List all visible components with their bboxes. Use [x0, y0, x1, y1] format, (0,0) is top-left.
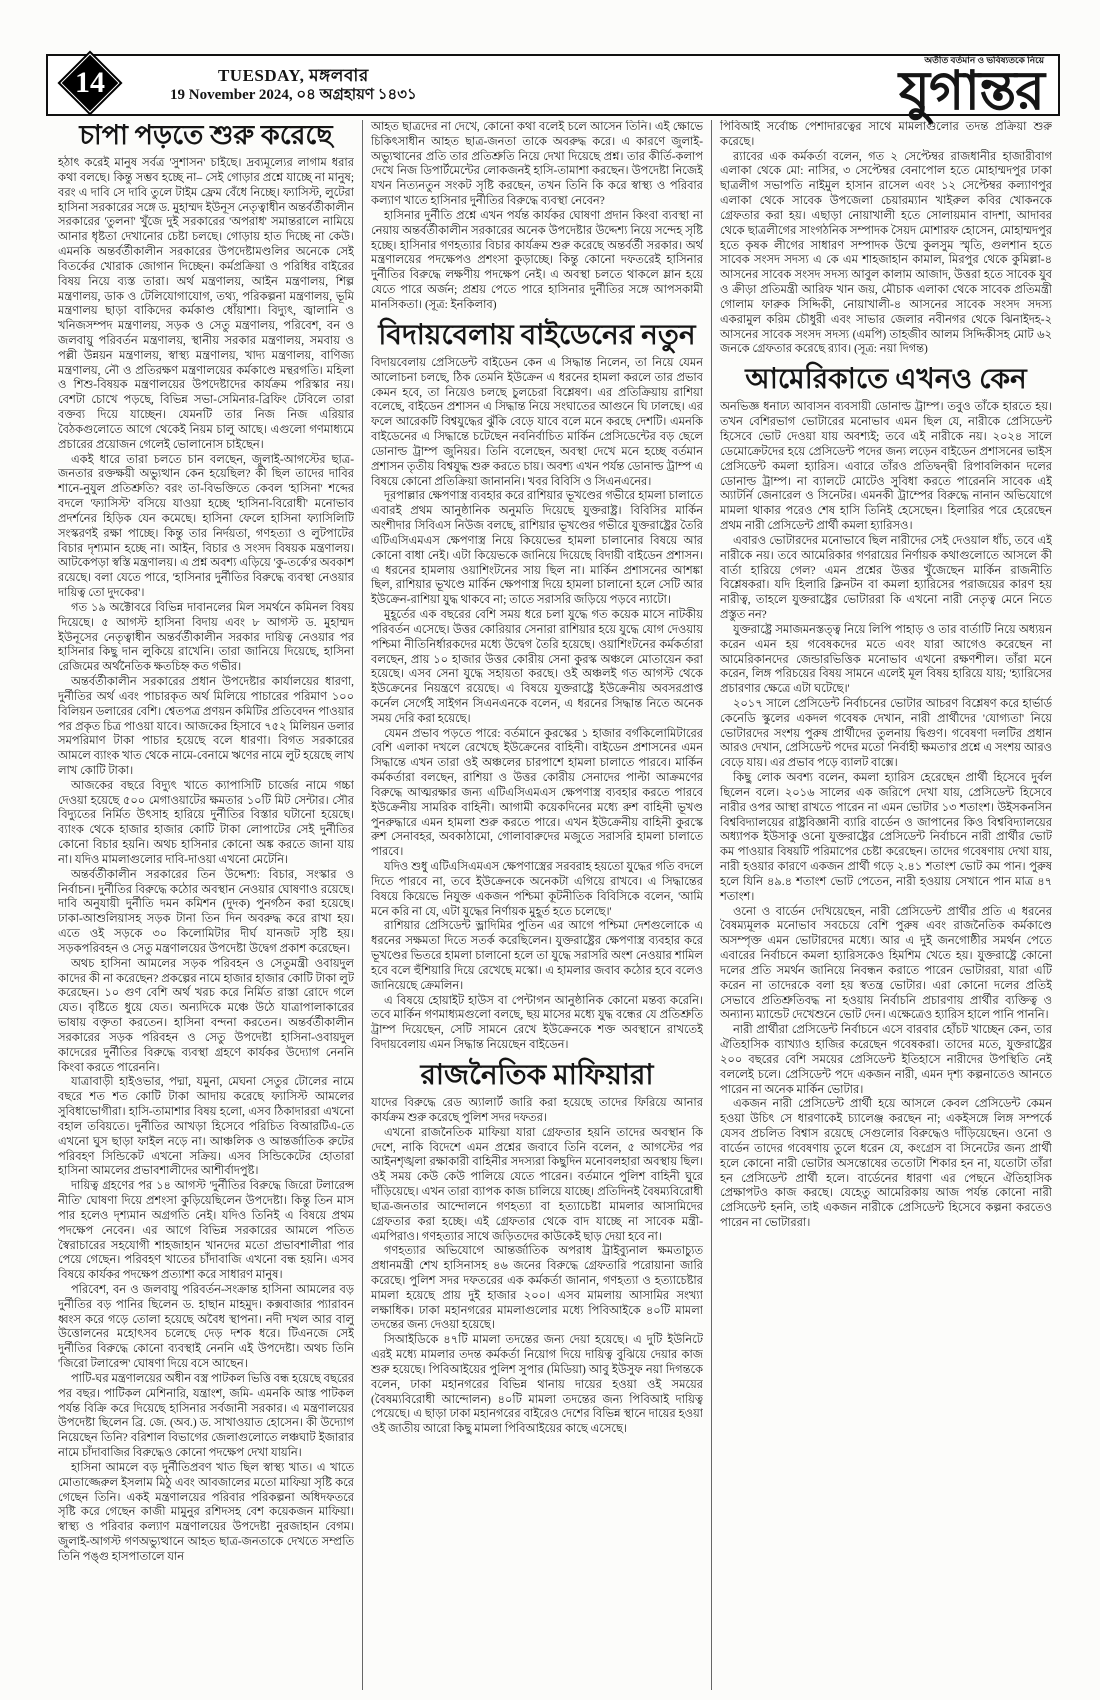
- headline-chapa-porte: চাপা পড়তে শুরু করেছে: [58, 120, 354, 151]
- article-body-1: হঠাৎ করেই মানুষ সর্বত্র 'সুশাসন' চাইছে। …: [58, 156, 354, 1565]
- body-paragraph: ওনো ও বার্ডেন দেখিয়েছেন, নারী প্রেসিডেন…: [720, 905, 1052, 1024]
- body-paragraph: হঠাৎ করেই মানুষ সর্বত্র 'সুশাসন' চাইছে। …: [58, 156, 354, 453]
- body-paragraph: যাদের বিরুদ্ধে রেড অ্যালার্ট জারি করা হয…: [371, 1096, 703, 1126]
- body-paragraph: একই ধারে তারা চলতে চান বলছেন, জুলাই-আগস্…: [58, 453, 354, 601]
- weekday-bn: মঙ্গলবার: [309, 66, 369, 85]
- body-paragraph: দায়িত্ব গ্রহণের পর ১৪ আগস্ট 'দুর্নীতির …: [58, 1179, 354, 1283]
- body-paragraph: কিছু লোক অবশ্য বলেন, কমলা হ্যারিস হেরেছে…: [720, 771, 1052, 904]
- article-1-continuation: আহত ছাত্রদের না দেখে, কোনো কথা বলেই চলে …: [371, 120, 703, 313]
- body-paragraph: যাত্রাবাড়ী হাইওভার, পদ্মা, যমুনা, মেঘনা…: [58, 1075, 354, 1179]
- body-paragraph: যুক্তরাষ্ট্রে সমাজমনস্তত্ত্ব নিয়ে লিপি …: [720, 623, 1052, 697]
- weekday-line: TUESDAY, মঙ্গলবার: [170, 65, 417, 86]
- date-line: 19 November 2024, ০৪ অগ্রহায়ণ ১৪৩১: [170, 86, 417, 105]
- masthead: অতীত বর্তমান ও ভবিষ্যতকে নিয়ে যুগান্তর: [899, 53, 1058, 118]
- body-paragraph: আহত ছাত্রদের না দেখে, কোনো কথা বলেই চলে …: [371, 120, 703, 209]
- column-2: আহত ছাত্রদের না দেখে, কোনো কথা বলেই চলে …: [362, 120, 703, 1690]
- body-paragraph: বিদায়বেলায় প্রেসিডেন্ট বাইডেন কেন এ সি…: [371, 356, 703, 489]
- column-1: চাপা পড়তে শুরু করেছে হঠাৎ করেই মানুষ সর…: [58, 120, 354, 1690]
- page-header: 14 TUESDAY, মঙ্গলবার 19 November 2024, ০…: [46, 54, 1060, 116]
- page-content: চাপা পড়তে শুরু করেছে হঠাৎ করেই মানুষ সর…: [58, 120, 1058, 1690]
- body-paragraph: সিআইডিকে ৪৭টি মামলা তদন্তের জন্য দেয়া হ…: [371, 1333, 703, 1437]
- body-paragraph: ২০১৭ সালে প্রেসিডেন্ট নির্বাচনের ভোটার আ…: [720, 697, 1052, 771]
- article-mafia-continuation: পিবিআই সর্বোচ্চ পেশাদারত্বের সাথে মামলাগ…: [720, 120, 1052, 357]
- body-paragraph: একজন নারী প্রেসিডেন্ট প্রার্থী হয়ে আসলে…: [720, 1097, 1052, 1230]
- body-paragraph: অন্তর্বর্তীকালীন সরকারের প্রধান উপদেষ্টা…: [58, 675, 354, 779]
- page-number: 14: [54, 48, 126, 118]
- masthead-logo: যুগান্তর: [899, 64, 1044, 118]
- article-body-america: অনভিজ্ঞ ধনাঢ্য আবাসন ব্যবসায়ী ডোনাল্ড ট…: [720, 400, 1052, 1230]
- page-number-badge: 14: [54, 48, 126, 118]
- date-block: TUESDAY, মঙ্গলবার 19 November 2024, ০৪ অ…: [170, 65, 417, 105]
- body-paragraph: এবারও ভোটারদের মনোভাবে ছিল নারীদের সেই দ…: [720, 534, 1052, 623]
- body-paragraph: এখনো রাজনৈতিক মাফিয়া যারা গ্রেফতার হয়ন…: [371, 1126, 703, 1245]
- body-paragraph: অন্তর্বর্তীকালীন সরকারের তিন উদ্দেশ্য: ব…: [58, 868, 354, 957]
- column-3: পিবিআই সর্বোচ্চ পেশাদারত্বের সাথে মামলাগ…: [711, 120, 1052, 1690]
- body-paragraph: দূরপাল্লার ক্ষেপণাস্ত্র ব্যবহার করে রাশি…: [371, 489, 703, 608]
- body-paragraph: পিবিআই সর্বোচ্চ পেশাদারত্বের সাথে মামলাগ…: [720, 120, 1052, 150]
- weekday-en: TUESDAY,: [218, 66, 304, 85]
- headline-america: আমেরিকাতে এখনও কেন: [720, 364, 1052, 396]
- article-body-biden: বিদায়বেলায় প্রেসিডেন্ট বাইডেন কেন এ সি…: [371, 356, 703, 1053]
- body-paragraph: অথচ হাসিনা আমলের সড়ক পরিবহন ও সেতুমন্ত্…: [58, 957, 354, 1076]
- body-paragraph: র‍্যাবের এক কর্মকর্তা বলেন, গত ২ সেপ্টেম…: [720, 150, 1052, 358]
- body-paragraph: পরিবেশ, বন ও জলবায়ু পরিবর্তন-সংক্রান্ত …: [58, 1283, 354, 1372]
- body-paragraph: গত ১৯ অক্টোবরে বিভিন্ন দাবানলের মিল সমর্…: [58, 601, 354, 675]
- headline-mafia: রাজনৈতিক মাফিয়ারা: [371, 1060, 703, 1092]
- newspaper-page: 14 TUESDAY, মঙ্গলবার 19 November 2024, ০…: [0, 0, 1100, 1700]
- body-paragraph: পাটি-ঘর মন্ত্রণালয়ের অধীন বস্ত্র পাটকল …: [58, 1372, 354, 1461]
- headline-biden: বিদায়বেলায় বাইডেনের নতুন: [371, 320, 703, 352]
- body-paragraph: যদিও শুধু এটিএসিএমএস ক্ষেপণাস্ত্রের সরবর…: [371, 860, 703, 919]
- body-paragraph: হাসিনা আমলে বড় দুর্নীতিপ্রবণ খাত ছিল স্…: [58, 1461, 354, 1565]
- body-paragraph: গণহত্যার অভিযোগে আন্তর্জাতিক অপরাধ ট্রাই…: [371, 1244, 703, 1333]
- body-paragraph: হাসিনার দুর্নীতি প্রশ্নে এখন পর্যন্ত কার…: [371, 209, 703, 313]
- body-paragraph: মুহূর্তের এক বছরের বেশি সময় ধরে চলা যুদ…: [371, 608, 703, 727]
- body-paragraph: আজকের বছরে বিদ্যুৎ খাতে ক্যাপাসিটি চার্জ…: [58, 779, 354, 868]
- body-paragraph: যেমন প্রভাব পড়তে পারে: বর্তমানে কুরস্কে…: [371, 727, 703, 860]
- body-paragraph: অনভিজ্ঞ ধনাঢ্য আবাসন ব্যবসায়ী ডোনাল্ড ট…: [720, 400, 1052, 533]
- body-paragraph: রাশিয়ার প্রেসিডেন্ট ভ্লাদিমির পুতিন এর …: [371, 919, 703, 993]
- article-body-mafia: যাদের বিরুদ্ধে রেড অ্যালার্ট জারি করা হয…: [371, 1096, 703, 1437]
- body-paragraph: নারী প্রার্থীরা প্রেসিডেন্ট নির্বাচনে এস…: [720, 1023, 1052, 1097]
- body-paragraph: এ বিষয়ে হোয়াইট হাউস বা পেন্টাগন আনুষ্ঠ…: [371, 994, 703, 1053]
